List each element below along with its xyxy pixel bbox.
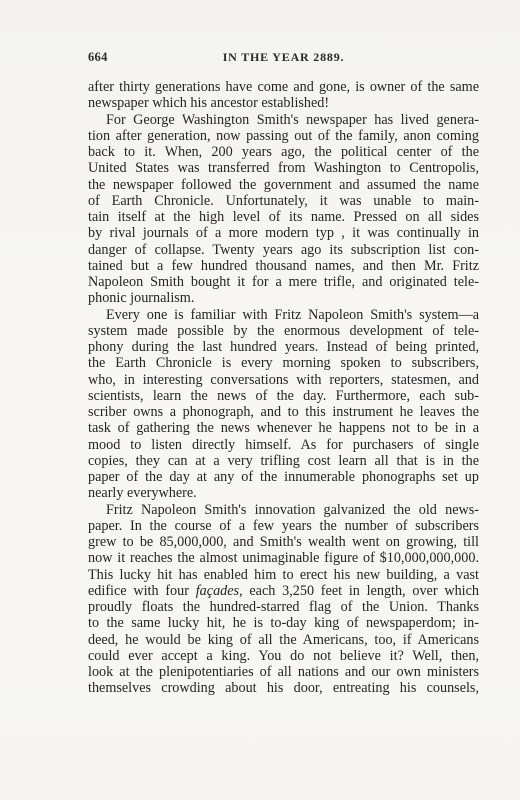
- text-line: of Earth Chronicle. Unfortunately, it wa…: [88, 193, 479, 209]
- text-line: scientists, learn the news of the day. F…: [88, 388, 479, 404]
- text-line: after thirty generations have come and g…: [88, 79, 479, 95]
- text-line: tained but a few hundred thousand names,…: [88, 258, 479, 274]
- text-line: the Earth Chronicle is every morning spo…: [88, 355, 479, 371]
- body-text: after thirty generations have come and g…: [88, 79, 479, 697]
- text-line: phonic journalism.: [88, 290, 479, 306]
- text-line: tain itself at the high level of its nam…: [88, 209, 479, 225]
- text-line: danger of collapse. Twenty years ago its…: [88, 242, 479, 258]
- text-line: Fritz Napoleon Smith's innovation galvan…: [88, 502, 479, 518]
- text-line: mood to listen directly himself. As for …: [88, 437, 479, 453]
- text-line: phony during the last hundred years. Ins…: [88, 339, 479, 355]
- text-line: proudly floats the hundred-starred flag …: [88, 599, 479, 615]
- text-line: task of gathering the news whenever he h…: [88, 420, 479, 436]
- italic-word: façades: [196, 583, 239, 599]
- text-line: This lucky hit has enabled him to erect …: [88, 567, 479, 583]
- text-line: who, in interesting conversations with r…: [88, 372, 479, 388]
- text-line: scriber owns a phonograph, and to this i…: [88, 404, 479, 420]
- text-line: paper. In the course of a few years the …: [88, 518, 479, 534]
- text-line: paper of the day at any of the innumerab…: [88, 469, 479, 485]
- text-line: deed, he would be king of all the Americ…: [88, 632, 479, 648]
- text-line: the newspaper followed the government an…: [88, 177, 479, 193]
- text-line: system made possible by the enormous dev…: [88, 323, 479, 339]
- text-line: grew to be 85,000,000, and Smith's wealt…: [88, 534, 479, 550]
- text-line: United States was transferred from Washi…: [88, 160, 479, 176]
- text-line: by rival journals of a more modern typ ,…: [88, 225, 479, 241]
- book-page: 664 IN THE YEAR 2889. after thirty gener…: [0, 0, 520, 800]
- text-line: edifice with four façades, each 3,250 fe…: [88, 583, 479, 599]
- text-line: could ever accept a king. You do not bel…: [88, 648, 479, 664]
- text-line: tion after generation, now passing out o…: [88, 128, 479, 144]
- text-line: back to it. When, 200 years ago, the pol…: [88, 144, 479, 160]
- text-line: Napoleon Smith bought it for a mere trif…: [88, 274, 479, 290]
- text-line: copies, they can at a very trifling cost…: [88, 453, 479, 469]
- text-line: For George Washington Smith's newspaper …: [88, 112, 479, 128]
- text-line: nearly everywhere.: [88, 485, 479, 501]
- text-line: themselves crowding about his door, entr…: [88, 680, 479, 696]
- text-line: now it reaches the almost unimaginable f…: [88, 550, 479, 566]
- text-line: Every one is familiar with Fritz Napoleo…: [88, 307, 479, 323]
- running-head: 664 IN THE YEAR 2889.: [88, 50, 479, 66]
- running-title: IN THE YEAR 2889.: [88, 50, 479, 65]
- text-line: to the same lucky hit, he is to-day king…: [88, 615, 479, 631]
- text-line: newspaper which his ancestor established…: [88, 95, 479, 111]
- text-line: look at the plenipotentiaries of all nat…: [88, 664, 479, 680]
